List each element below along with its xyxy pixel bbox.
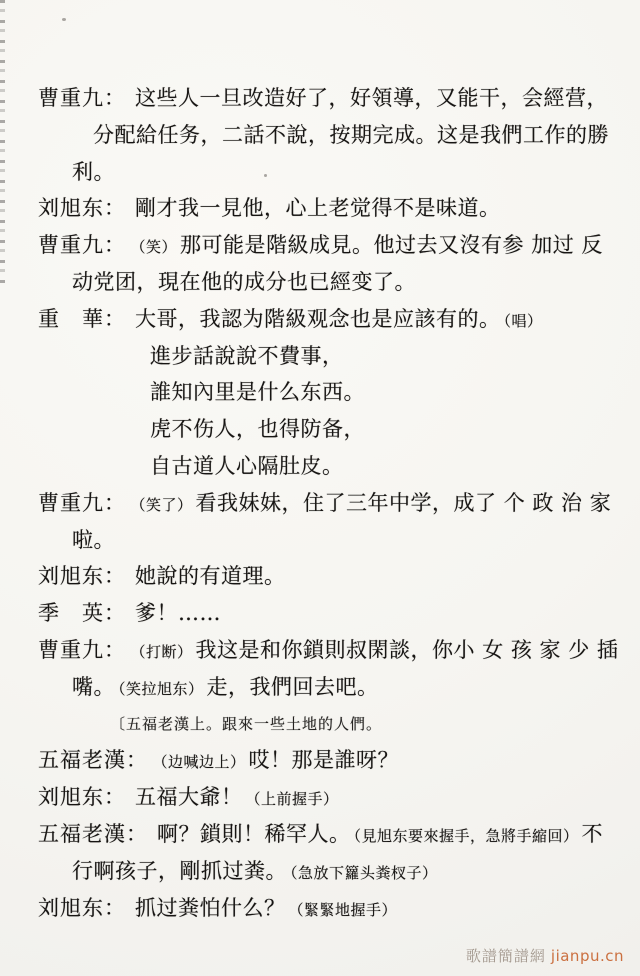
scan-artifact-speck bbox=[62, 18, 66, 21]
speaker-name: 曹重九： bbox=[38, 638, 126, 662]
stage-direction-text: 〔五福老漢上。跟來一些土地的人們。 bbox=[110, 715, 382, 733]
dialogue-text: 嘴。 bbox=[72, 675, 115, 699]
speaker-name: 刘旭东： bbox=[38, 196, 126, 220]
dialogue-text: 哎！那是誰呀？ bbox=[249, 748, 400, 772]
speaker-name: 曹重九： bbox=[38, 491, 126, 515]
speaker-name: 五福老漢： bbox=[38, 822, 148, 846]
entrance-stage-direction: 〔五福老漢上。跟來一些土地的人們。 bbox=[110, 706, 628, 743]
script-line: 刘旭东：抓过粪怕什么？（緊緊地握手） bbox=[38, 890, 628, 927]
script-line: 曹重九：这些人一旦改造好了，好領導，又能干，会經营， bbox=[38, 80, 628, 117]
stage-direction: （唱） bbox=[501, 312, 546, 330]
script-line: 曹重九：（笑）那可能是階級成見。他过去又沒有参 加过 反 bbox=[38, 227, 628, 264]
dialogue-text: 大哥，我認为階級观念也是应該有的。 bbox=[135, 307, 501, 331]
script-line: 动党团，現在他的成分也已經变了。 bbox=[72, 264, 628, 301]
stage-direction: （笑拉旭东） bbox=[115, 680, 207, 698]
dialogue-text: 剛才我一見他，心上老觉得不是味道。 bbox=[135, 196, 501, 220]
dialogue-text: 走，我們回去吧。 bbox=[207, 675, 379, 699]
script-line: 刘旭东：她說的有道理。 bbox=[38, 558, 628, 595]
script-line: 曹重九：（打断）我这是和你鎖則叔閑談，你小 女 孩 家 少 插 bbox=[38, 632, 628, 669]
script-line: 五福老漢：啊？鎖則！稀罕人。（見旭东要來握手，急將手縮回）不 bbox=[38, 816, 628, 853]
speaker-name: 刘旭东： bbox=[38, 896, 126, 920]
stage-direction: （打断） bbox=[135, 643, 196, 661]
speaker-name: 刘旭东： bbox=[38, 785, 126, 809]
script-line: 嘴。（笑拉旭东）走，我們回去吧。 bbox=[72, 669, 628, 706]
script-line: 利。 bbox=[72, 154, 628, 191]
dialogue-text: 分配給任务，二話不說，按期完成。这是我們工作的勝 bbox=[93, 123, 609, 147]
speaker-name: 季 英： bbox=[38, 601, 126, 625]
verse-text: 自古道人心隔肚皮。 bbox=[150, 454, 344, 478]
dialogue-text: 爹！…… bbox=[135, 601, 221, 625]
speaker-name: 刘旭东： bbox=[38, 564, 126, 588]
dialogue-text: 动党团，現在他的成分也已經变了。 bbox=[72, 270, 416, 294]
watermark: 歌譜簡譜網jianpu.cn bbox=[466, 945, 624, 966]
script-line: 刘旭东：五福大爺！（上前握手） bbox=[38, 779, 628, 816]
stage-direction: （緊緊地握手） bbox=[286, 901, 401, 919]
speaker-name: 重 華： bbox=[38, 307, 126, 331]
script-line: 曹重九：（笑了）看我妹妹，住了三年中学，成了 个 政 治 家 bbox=[38, 485, 628, 522]
dialogue-text: 看我妹妹，住了三年中学，成了 个 政 治 家 bbox=[196, 491, 612, 515]
verse-line: 虎不伤人，也得防备， bbox=[150, 411, 628, 448]
scan-artifact-left-edge bbox=[0, 0, 5, 285]
stage-direction: （笑） bbox=[135, 238, 180, 256]
scanned-page: 曹重九：这些人一旦改造好了，好領導，又能干，会經营， 分配給任务，二話不說，按期… bbox=[0, 0, 640, 976]
verse-line: 自古道人心隔肚皮。 bbox=[150, 448, 628, 485]
stage-direction: （見旭东要來握手，急將手縮回） bbox=[351, 827, 582, 845]
verse-line: 進步話說說不費事， bbox=[150, 338, 628, 375]
script-line: 分配給任务，二話不說，按期完成。这是我們工作的勝 bbox=[93, 117, 628, 154]
dialogue-text: 啦。 bbox=[72, 528, 115, 552]
verse-text: 虎不伤人，也得防备， bbox=[150, 417, 365, 441]
script-text-block: 曹重九：这些人一旦改造好了，好領導，又能干，会經营， 分配給任务，二話不說，按期… bbox=[38, 80, 628, 926]
dialogue-text: 不 bbox=[582, 822, 604, 846]
script-line: 行啊孩子，剛抓过粪。（急放下籮头粪杈子） bbox=[72, 853, 628, 890]
speaker-name: 曹重九： bbox=[38, 233, 126, 257]
verse-line: 誰知內里是什么东西。 bbox=[150, 374, 628, 411]
stage-direction: （边喊边上） bbox=[157, 753, 249, 771]
script-line: 季 英：爹！…… bbox=[38, 595, 628, 632]
watermark-site-name: 歌譜簡譜網 bbox=[466, 947, 546, 965]
script-line: 重 華：大哥，我認为階級观念也是应該有的。（唱） bbox=[38, 301, 628, 338]
stage-direction: （笑了） bbox=[135, 496, 196, 514]
dialogue-text: 五福大爺！ bbox=[135, 785, 243, 809]
dialogue-text: 她說的有道理。 bbox=[135, 564, 286, 588]
verse-text: 進步話說說不費事， bbox=[150, 344, 344, 368]
dialogue-text: 利。 bbox=[72, 160, 115, 184]
stage-direction: （上前握手） bbox=[243, 790, 342, 808]
dialogue-text: 行啊孩子，剛抓过粪。 bbox=[72, 859, 287, 883]
dialogue-text: 那可能是階級成見。他过去又沒有参 加过 反 bbox=[180, 233, 603, 257]
dialogue-text: 抓过粪怕什么？ bbox=[135, 896, 286, 920]
verse-text: 誰知內里是什么东西。 bbox=[150, 380, 365, 404]
script-line: 啦。 bbox=[72, 522, 628, 559]
watermark-site-url: jianpu.cn bbox=[551, 947, 624, 965]
dialogue-text: 啊？鎖則！稀罕人。 bbox=[157, 822, 351, 846]
dialogue-text: 这些人一旦改造好了，好領導，又能干，会經营， bbox=[135, 86, 608, 110]
stage-direction: （急放下籮头粪杈子） bbox=[287, 864, 441, 882]
script-line: 五福老漢：（边喊边上）哎！那是誰呀？ bbox=[38, 742, 628, 779]
dialogue-text: 我这是和你鎖則叔閑談，你小 女 孩 家 少 插 bbox=[196, 638, 619, 662]
speaker-name: 曹重九： bbox=[38, 86, 126, 110]
script-line: 刘旭东：剛才我一見他，心上老觉得不是味道。 bbox=[38, 190, 628, 227]
speaker-name: 五福老漢： bbox=[38, 748, 148, 772]
